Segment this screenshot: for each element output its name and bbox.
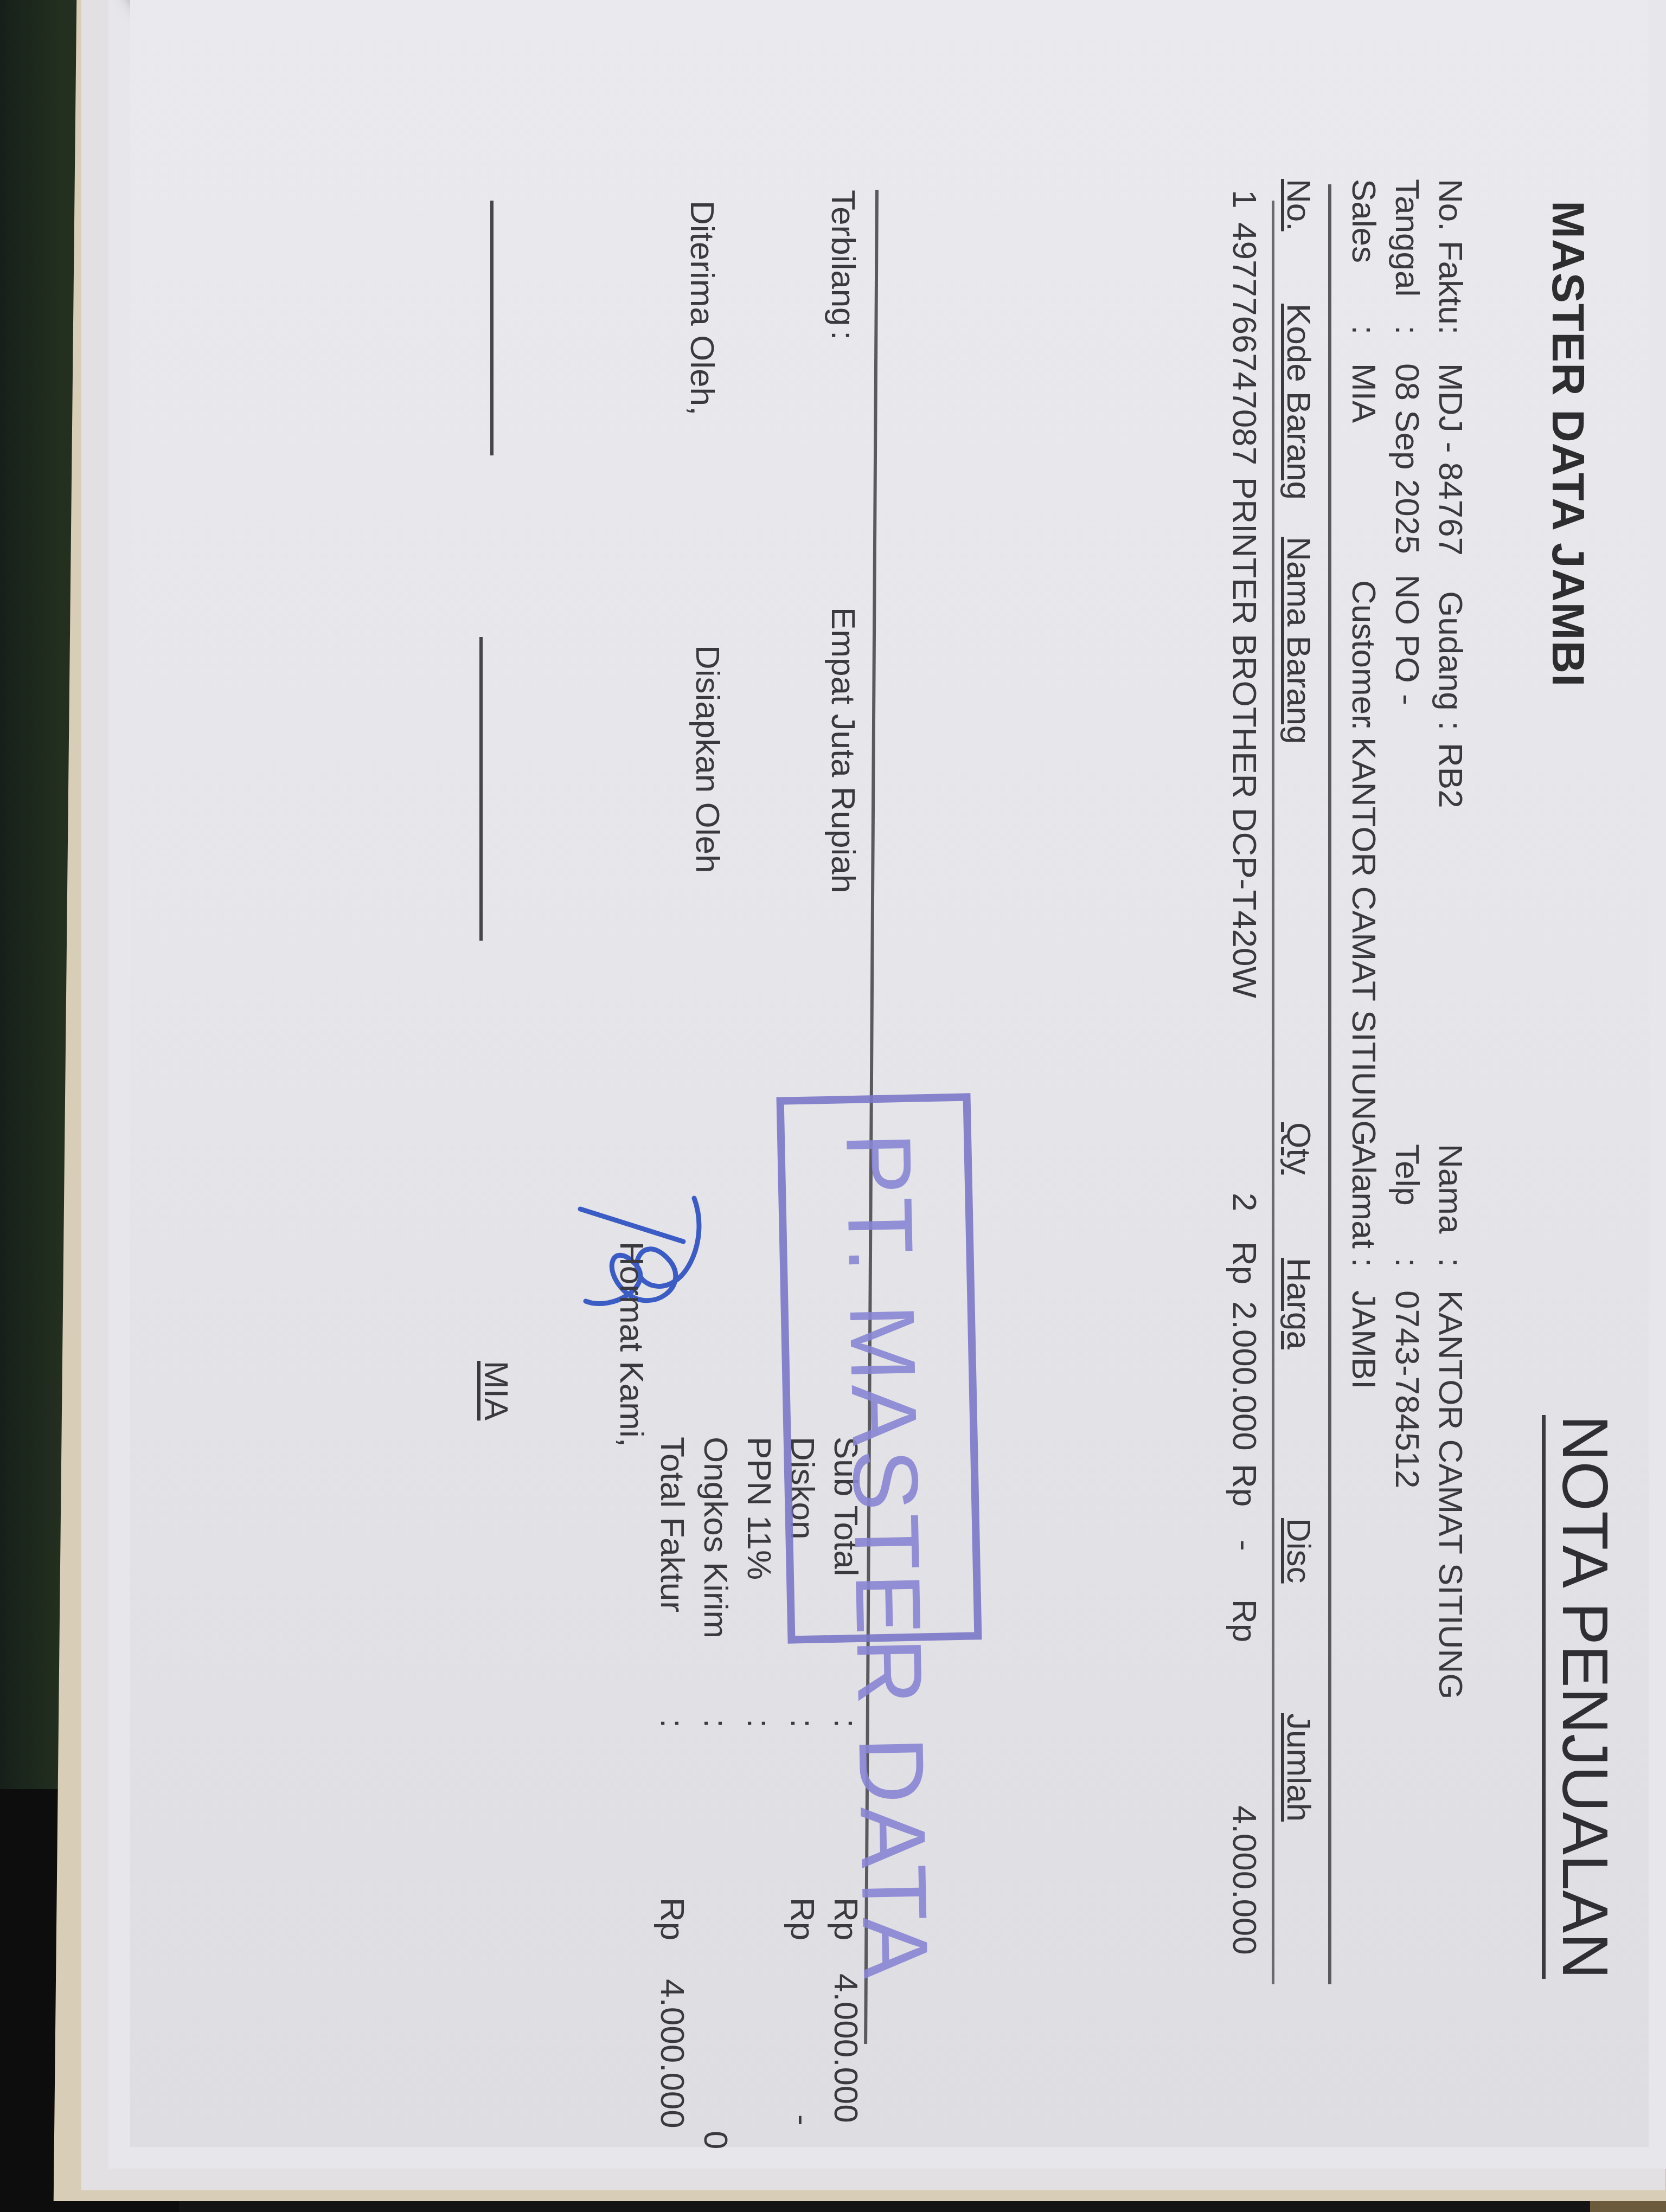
regards-label: Hormat Kami, bbox=[612, 1242, 651, 1447]
stamp-text: PT. MASTER DATA bbox=[825, 1131, 949, 1983]
customer-address: JAMBI bbox=[1344, 1290, 1383, 1390]
discount-value: - bbox=[783, 2114, 822, 2126]
customer-name: KANTOR CAMAT SITIUNG bbox=[1431, 1290, 1470, 1699]
col-price: Harga bbox=[1279, 1258, 1318, 1349]
total-currency: Rp bbox=[653, 1898, 691, 1940]
invoice-number: MDJ - 84767 bbox=[1431, 363, 1470, 556]
terbilang-label: Terbilang bbox=[824, 190, 862, 326]
col-item-name: Nama Barang bbox=[1279, 537, 1318, 744]
sales-name: MIA bbox=[1344, 363, 1383, 423]
separator: : bbox=[1344, 1258, 1383, 1267]
item-price: 2.000.000 bbox=[1225, 1301, 1264, 1451]
item-amount: 4.000.000 bbox=[1225, 1805, 1264, 1955]
customer: KANTOR CAMAT SITIUNG bbox=[1344, 737, 1383, 1146]
row-no: 1 bbox=[1225, 190, 1264, 208]
separator: : bbox=[1344, 721, 1383, 730]
separator: : bbox=[696, 1719, 735, 1728]
separator: : bbox=[783, 1719, 822, 1728]
separator: : bbox=[1388, 1258, 1426, 1267]
invoice-date: 08 Sep 2025 bbox=[1388, 363, 1426, 554]
separator: : bbox=[1431, 325, 1470, 335]
col-no: No. bbox=[1279, 179, 1318, 231]
invoice: MASTER DATA JAMBI NOTA PENJUALAN No. Fak… bbox=[347, 179, 1594, 2076]
item-qty: 2 bbox=[1225, 1193, 1264, 1211]
col-qty: Qty bbox=[1279, 1122, 1318, 1174]
col-discount: Disc bbox=[1279, 1518, 1318, 1584]
address-label: Alamat bbox=[1344, 1144, 1383, 1249]
terbilang-value: Empat Juta Rupiah bbox=[824, 607, 862, 893]
separator: : bbox=[824, 331, 862, 340]
item-name: PRINTER BROTHER DCP-T420W bbox=[1225, 477, 1264, 998]
prepared-by-label: Disiapkan Oleh bbox=[688, 645, 727, 873]
total-label: Total Faktur bbox=[653, 1437, 691, 1612]
received-by-signature-line bbox=[490, 201, 494, 455]
shipping-value: 0 bbox=[696, 2131, 735, 2149]
vat-label: PPN 11% bbox=[740, 1437, 778, 1580]
table-top-rule bbox=[1328, 184, 1331, 1984]
po-label: NO PO bbox=[1388, 575, 1426, 683]
date-label: Tanggal bbox=[1388, 179, 1426, 297]
phone-label: Telp bbox=[1388, 1144, 1426, 1206]
separator: : bbox=[1388, 672, 1426, 681]
separator: : bbox=[1388, 325, 1426, 335]
shipping-label: Ongkos Kirim bbox=[696, 1437, 735, 1638]
discount-currency: Rp bbox=[1225, 1464, 1264, 1507]
amount-currency: Rp bbox=[1225, 1599, 1264, 1642]
customer-phone: 0743-784512 bbox=[1388, 1290, 1426, 1488]
subtotal-value: 4.000.000 bbox=[826, 1973, 865, 2123]
document-title: NOTA PENJUALAN bbox=[1542, 1415, 1622, 1979]
warehouse-label: Gudang bbox=[1431, 591, 1470, 711]
name-label: Nama bbox=[1431, 1144, 1470, 1233]
sales-label: Sales bbox=[1344, 179, 1383, 263]
customer-label: Customer bbox=[1344, 580, 1383, 726]
discount-currency: Rp bbox=[783, 1898, 822, 1940]
company-name: MASTER DATA JAMBI bbox=[1542, 201, 1594, 687]
invoice-sheet: MASTER DATA JAMBI NOTA PENJUALAN No. Fak… bbox=[130, 0, 1649, 2147]
item-discount: - bbox=[1225, 1540, 1264, 1551]
item-code: 4977766747087 bbox=[1225, 222, 1264, 465]
table-header-rule bbox=[1272, 201, 1274, 1984]
separator: : bbox=[653, 1719, 691, 1728]
total-value: 4.000.000 bbox=[653, 1979, 691, 2129]
separator: : bbox=[1431, 1258, 1470, 1267]
company-stamp: PT. MASTER DATA bbox=[776, 1093, 982, 1643]
col-item-code: Kode Barang bbox=[1279, 304, 1318, 500]
separator: : bbox=[1431, 721, 1470, 730]
col-amount: Jumlah bbox=[1279, 1713, 1318, 1822]
separator: : bbox=[1344, 325, 1383, 335]
po-number: - bbox=[1388, 694, 1426, 705]
received-by-label: Diterima Oleh, bbox=[683, 201, 721, 415]
price-currency: Rp bbox=[1225, 1242, 1264, 1284]
separator: : bbox=[740, 1719, 778, 1728]
prepared-by-signature-line bbox=[479, 637, 483, 941]
signer-name: MIA bbox=[477, 1361, 515, 1420]
warehouse: RB2 bbox=[1431, 743, 1470, 808]
invoice-number-label: No. Faktu bbox=[1431, 179, 1470, 325]
